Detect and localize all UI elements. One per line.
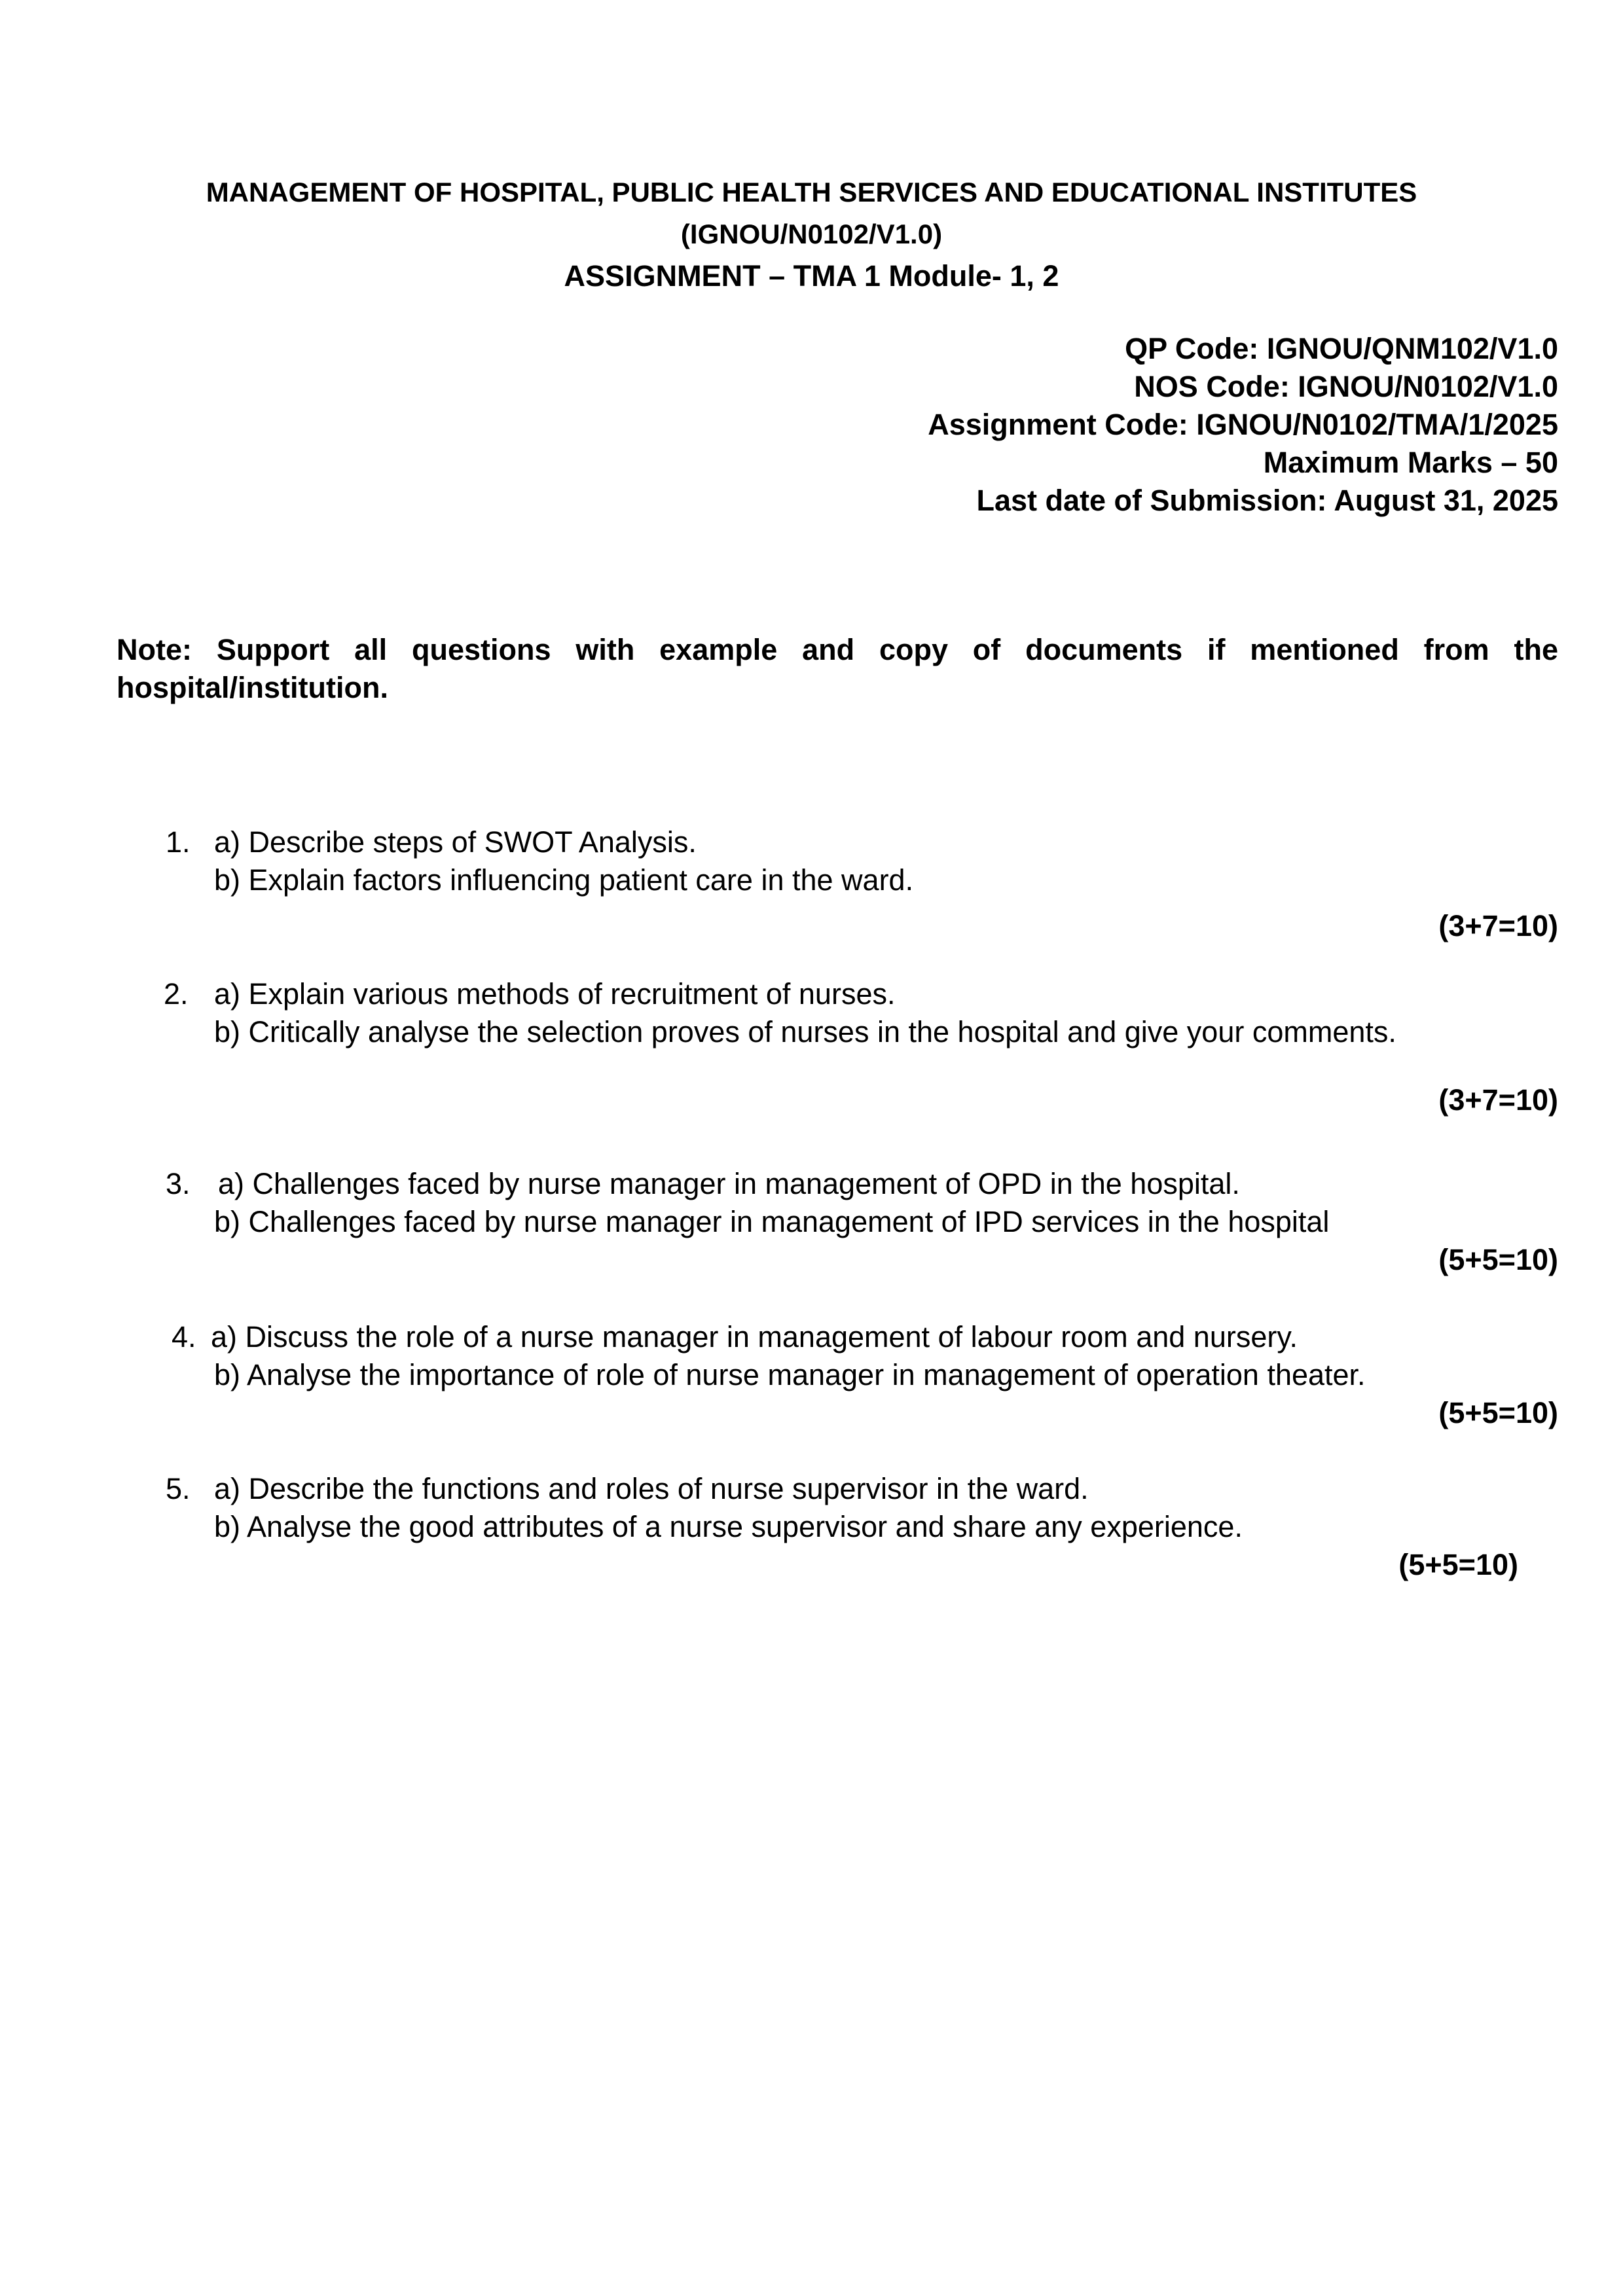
question-number: 2. [164, 975, 189, 1013]
question-part-a: a) Describe the functions and roles of n… [214, 1470, 1089, 1508]
document-header: MANAGEMENT OF HOSPITAL, PUBLIC HEALTH SE… [0, 171, 1623, 297]
question-5: 5. a) Describe the functions and roles o… [0, 1470, 1623, 1546]
question-number: 3. [166, 1165, 191, 1203]
question-marks: (5+5=10) [1398, 1546, 1518, 1584]
question-1: 1. a) Describe steps of SWOT Analysis. b… [0, 823, 1623, 899]
question-part-a: a) Discuss the role of a nurse manager i… [211, 1318, 1298, 1356]
question-part-a: a) Explain various methods of recruitmen… [214, 975, 895, 1013]
assignment-code: Assignment Code: IGNOU/N0102/TMA/1/2025 [0, 406, 1558, 444]
question-number: 4. [172, 1318, 196, 1356]
question-marks: (3+7=10) [1438, 1081, 1558, 1119]
course-code: (IGNOU/N0102/V1.0) [0, 213, 1623, 255]
assignment-meta: QP Code: IGNOU/QNM102/V1.0 NOS Code: IGN… [0, 330, 1558, 520]
question-marks: (3+7=10) [1438, 907, 1558, 945]
nos-code: NOS Code: IGNOU/N0102/V1.0 [0, 368, 1558, 406]
question-part-b: b) Explain factors influencing patient c… [214, 861, 913, 899]
question-marks: (5+5=10) [1438, 1394, 1558, 1432]
question-3: 3. a) Challenges faced by nurse manager … [0, 1165, 1623, 1241]
question-part-b: b) Challenges faced by nurse manager in … [214, 1203, 1329, 1241]
question-4: 4. a) Discuss the role of a nurse manage… [0, 1318, 1623, 1394]
question-part-a: a) Describe steps of SWOT Analysis. [214, 823, 697, 861]
note-paragraph: Note: Support all questions with example… [117, 631, 1558, 707]
submission-deadline: Last date of Submission: August 31, 2025 [0, 482, 1558, 520]
question-part-b: b) Analyse the good attributes of a nurs… [214, 1508, 1243, 1546]
document-page: MANAGEMENT OF HOSPITAL, PUBLIC HEALTH SE… [0, 0, 1623, 2296]
question-marks: (5+5=10) [1438, 1241, 1558, 1279]
maximum-marks: Maximum Marks – 50 [0, 444, 1558, 482]
course-title: MANAGEMENT OF HOSPITAL, PUBLIC HEALTH SE… [0, 171, 1623, 213]
note-line-2: hospital/institution. [117, 669, 1558, 707]
question-number: 1. [166, 823, 191, 861]
qp-code: QP Code: IGNOU/QNM102/V1.0 [0, 330, 1558, 368]
question-part-b: b) Critically analyse the selection prov… [214, 1013, 1396, 1051]
question-number: 5. [166, 1470, 191, 1508]
note-line-1: Note: Support all questions with example… [117, 631, 1558, 669]
question-part-b: b) Analyse the importance of role of nur… [214, 1356, 1366, 1394]
assignment-title: ASSIGNMENT – TMA 1 Module- 1, 2 [0, 255, 1623, 297]
question-2: 2. a) Explain various methods of recruit… [0, 975, 1623, 1051]
question-part-a: a) Challenges faced by nurse manager in … [218, 1165, 1240, 1203]
